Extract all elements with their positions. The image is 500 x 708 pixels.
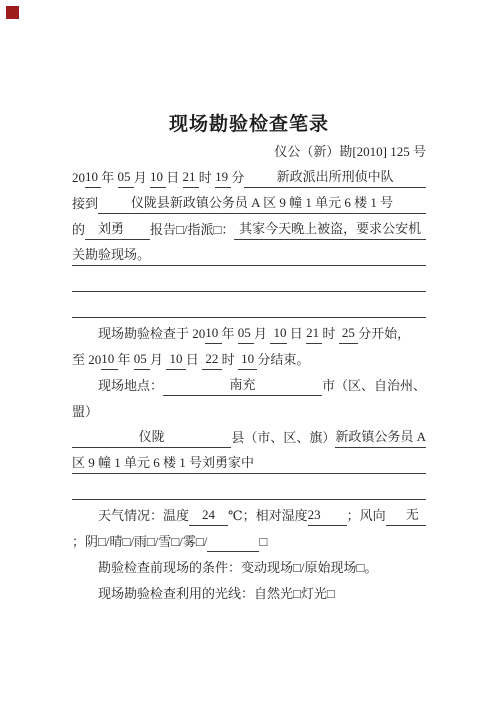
report-year: 10	[85, 167, 101, 188]
site-address-part1: 新政镇公务员 A	[335, 427, 426, 448]
start-year: 10	[205, 323, 221, 344]
text-segment: □	[259, 532, 267, 552]
document-title: 现场勘验检查笔录	[72, 113, 426, 137]
inspection-end-line: 至 2010 年 05 月 10 日 22 时 10 分结束。	[72, 344, 426, 370]
end-year: 10	[101, 349, 117, 370]
humidity-value: 23	[308, 505, 347, 526]
text-segment: 现场勘验检查利用的光线：自然光□灯光□	[72, 584, 335, 604]
end-hour: 22	[202, 349, 222, 370]
weather-condition-line: ；阴□/晴□/雨□/雪□/雾□/ □	[72, 526, 426, 552]
reporter-name: 刘勇	[85, 219, 150, 240]
blank-fill	[72, 291, 426, 292]
county-name: 仪陇	[72, 427, 231, 448]
weather-line: 天气情况：温度 24 ℃；相对湿度23 ；风向 无	[72, 500, 426, 526]
document-page: 现场勘验检查笔录 仪公（新）勘[2010] 125 号 2010 年 05 月 …	[0, 0, 500, 708]
blank-line-1	[72, 266, 426, 292]
wind-value: 无	[386, 505, 426, 526]
text-segment: 接到	[72, 194, 98, 214]
end-day: 10	[166, 349, 186, 370]
start-month: 05	[238, 323, 254, 344]
receiving-unit: 新政派出所刑侦中队	[244, 167, 426, 188]
text-segment: 年	[101, 168, 117, 188]
location-county-line: 仪陇县（市、区、旗）新政镇公务员 A	[72, 422, 426, 448]
red-corner-marker	[6, 6, 19, 19]
text-segment: 分结束。	[257, 350, 309, 370]
report-content-part2: 关勘验现场。	[72, 245, 150, 266]
inspection-start-line: 现场勘验检查于 2010 年 05 月 10 日 21 时 25 分开始，	[72, 318, 426, 344]
end-minute: 10	[238, 349, 258, 370]
blank-fill	[72, 499, 426, 500]
text-segment: ；风向	[347, 506, 386, 526]
text-segment: 月	[134, 168, 150, 188]
text-segment: 时	[222, 350, 238, 370]
blank-fill	[254, 473, 426, 474]
blank-fill	[72, 317, 426, 318]
report-receive-line: 接到仪陇县新政镇公务员 A 区 9 幢 1 单元 6 楼 1 号	[72, 188, 426, 214]
text-segment: 月	[150, 350, 166, 370]
city-name: 南充	[163, 375, 322, 396]
text-segment: 市（区、自治州、	[322, 376, 426, 396]
start-minute: 25	[339, 323, 359, 344]
blank-line-3	[72, 474, 426, 500]
text-segment: 县（市、区、旗）	[231, 428, 335, 448]
text-segment: 至 20	[72, 350, 101, 370]
text-segment: 分	[231, 168, 244, 188]
document-number: 仪公（新）勘[2010] 125 号	[72, 144, 426, 160]
report-month: 05	[118, 167, 134, 188]
site-address-part2: 区 9 幢 1 单元 6 楼 1 号刘勇家中	[72, 453, 254, 474]
text-segment: 分开始，	[358, 324, 410, 344]
text-segment: 天气情况：温度	[72, 506, 189, 526]
text-segment: 勘验检查前现场的条件：变动现场□/原始现场□。	[72, 558, 377, 578]
form-body: 2010 年 05 月 10 日 21 时 19 分新政派出所刑侦中队接到仪陇县…	[72, 162, 426, 604]
text-segment: 现场勘验检查于 20	[72, 324, 205, 344]
temperature-value: 24	[189, 505, 228, 526]
text-segment: 的	[72, 220, 85, 240]
report-minute: 19	[215, 167, 231, 188]
location-address-line: 区 9 幢 1 单元 6 楼 1 号刘勇家中	[72, 448, 426, 474]
blank-line-2	[72, 292, 426, 318]
text-segment: 盟）	[72, 402, 98, 422]
report-content-line: 关勘验现场。	[72, 240, 426, 266]
text-segment: 日	[287, 324, 307, 344]
start-hour: 21	[306, 323, 322, 344]
end-month: 05	[134, 349, 150, 370]
text-segment: 年	[222, 324, 238, 344]
text-segment: 日	[186, 350, 202, 370]
text-segment: 日	[166, 168, 182, 188]
reporter-line: 的 刘勇 报告□/指派□：其家今天晚上被盗，要求公安机	[72, 214, 426, 240]
scene-condition-line: 勘验检查前现场的条件：变动现场□/原始现场□。	[72, 552, 426, 578]
text-segment: ；阴□/晴□/雨□/雪□/雾□/	[72, 532, 207, 552]
text-segment: 月	[254, 324, 270, 344]
text-segment: 时	[199, 168, 215, 188]
text-segment: 年	[118, 350, 134, 370]
text-segment: 20	[72, 168, 85, 188]
blank-fill	[150, 265, 426, 266]
text-segment: 时	[322, 324, 338, 344]
weather-other-blank	[207, 531, 259, 552]
start-day: 10	[270, 323, 286, 344]
lighting-line: 现场勘验检查利用的光线：自然光□灯光□	[72, 578, 426, 604]
report-hour: 21	[183, 167, 199, 188]
report-content-part1: 其家今天晚上被盗，要求公安机	[234, 219, 426, 240]
location-city-line: 现场地点：南充市（区、自治州、	[72, 370, 426, 396]
report-day: 10	[150, 167, 166, 188]
location-league-line: 盟）	[72, 396, 426, 422]
text-segment: 现场地点：	[72, 376, 163, 396]
text-segment: 报告□/指派□：	[150, 220, 234, 240]
reporter-address: 仪陇县新政镇公务员 A 区 9 幢 1 单元 6 楼 1 号	[98, 193, 426, 214]
report-time-line: 2010 年 05 月 10 日 21 时 19 分新政派出所刑侦中队	[72, 162, 426, 188]
text-segment: ℃；相对湿度	[228, 506, 308, 526]
